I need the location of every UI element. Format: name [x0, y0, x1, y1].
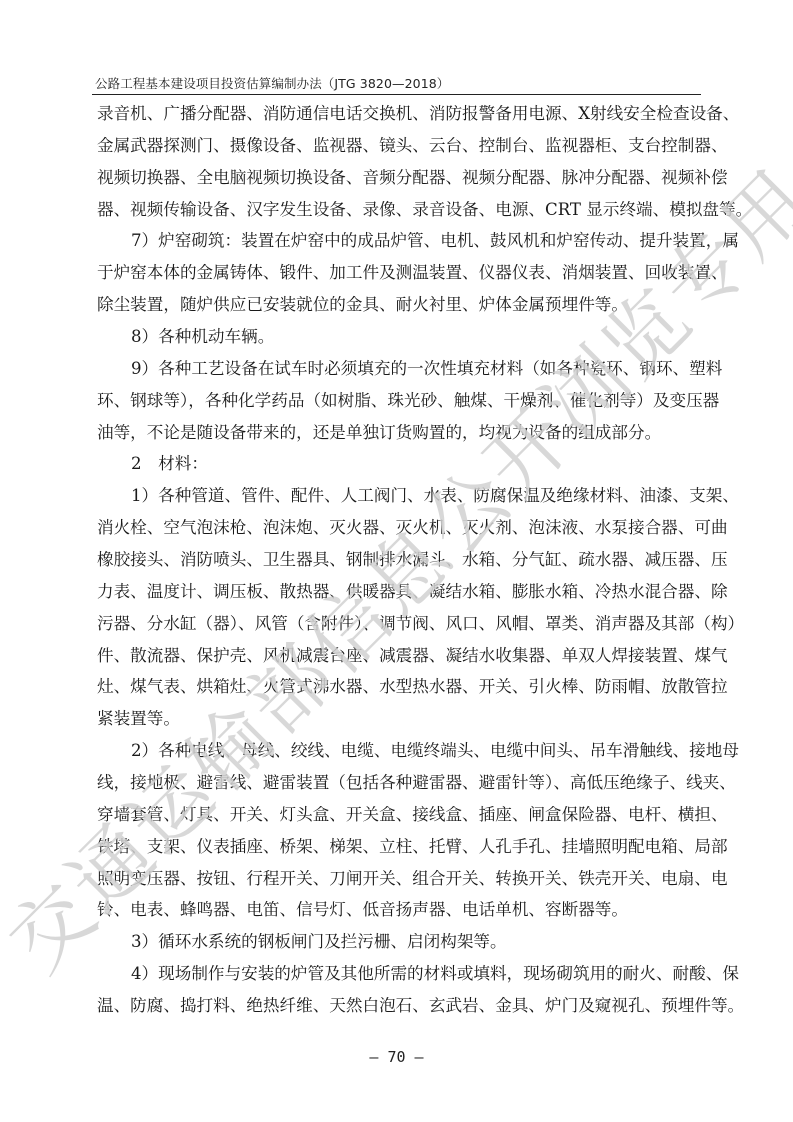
text-line: 铁塔、支架、仪表插座、桥架、梯架、立柱、托臂、人孔手孔、挂墙照明配电箱、局部: [97, 831, 699, 863]
text-line: 于炉窑本体的金属铸体、锻件、加工件及测温装置、仪器仪表、消烟装置、回收装置、: [97, 257, 699, 289]
text-line: 1）各种管道、管件、配件、人工阀门、水表、防腐保温及绝缘材料、油漆、支架、: [97, 480, 699, 512]
text-line: 2）各种电线、母线、绞线、电缆、电缆终端头、电缆中间头、吊车滑触线、接地母: [97, 735, 699, 767]
running-header: 公路工程基本建设项目投资估算编制办法（JTG 3820—2018）: [95, 74, 449, 92]
text-line: 器、视频传输设备、汉字发生设备、录像、录音设备、电源、CRT 显示终端、模拟盘等…: [97, 194, 699, 226]
text-line: 3）循环水系统的钢板闸门及拦污栅、启闭构架等。: [97, 926, 699, 958]
text-line: 9）各种工艺设备在试车时必须填充的一次性填充材料（如各种瓷环、钢环、塑料: [97, 353, 699, 385]
text-line: 力表、温度计、调压板、散热器、供暖器具、凝结水箱、膨胀水箱、冷热水混合器、除: [97, 576, 699, 608]
text-line: 金属武器探测门、摄像设备、监视器、镜头、云台、控制台、监视器柜、支台控制器、: [97, 130, 699, 162]
text-line: 穿墙套管、灯具、开关、灯头盒、开关盒、接线盒、插座、闸盒保险器、电杆、横担、: [97, 799, 699, 831]
text-line: 除尘装置，随炉供应已安装就位的金具、耐火衬里、炉体金属预埋件等。: [97, 289, 699, 321]
text-line: 消火栓、空气泡沫枪、泡沫炮、灭火器、灭火机、灭火剂、泡沫液、水泵接合器、可曲: [97, 512, 699, 544]
text-line: 环、钢球等），各种化学药品（如树脂、珠光砂、触煤、干燥剂、催化剂等）及变压器: [97, 385, 699, 417]
text-line: 温、防腐、捣打料、绝热纤维、天然白泡石、玄武岩、金具、炉门及窥视孔、预埋件等。: [97, 990, 699, 1022]
page-number: – 70 –: [0, 1048, 793, 1066]
text-line: 污器、分水缸（器）、风管（含附件）、调节阀、风口、风帽、罩类、消声器及其部（构）: [97, 608, 699, 640]
text-line: 橡胶接头、消防喷头、卫生器具、钢制排水漏斗、水箱、分气缸、疏水器、减压器、压: [97, 544, 699, 576]
text-line: 件、散流器、保护壳、风机减震台座、减震器、凝结水收集器、单双人焊接装置、煤气: [97, 640, 699, 672]
text-line: 紧装置等。: [97, 703, 699, 735]
text-line: 线，接地极、避雷线、避雷装置（包括各种避雷器、避雷针等）、高低压绝缘子、线夹、: [97, 767, 699, 799]
text-line: 灶、煤气表、烘箱灶、火管式沸水器、水型热水器、开关、引火棒、防雨帽、放散管拉: [97, 671, 699, 703]
body-text: 录音机、广播分配器、消防通信电话交换机、消防报警备用电源、X射线安全检查设备、 …: [97, 98, 699, 1022]
text-line: 视频切换器、全电脑视频切换设备、音频分配器、视频分配器、脉冲分配器、视频补偿: [97, 162, 699, 194]
text-line: 8）各种机动车辆。: [97, 321, 699, 353]
text-line: 铃、电表、蜂鸣器、电笛、信号灯、低音扬声器、电话单机、容断器等。: [97, 894, 699, 926]
text-line: 录音机、广播分配器、消防通信电话交换机、消防报警备用电源、X射线安全检查设备、: [97, 98, 699, 130]
text-line: 油等，不论是随设备带来的，还是单独订货购置的，均视为设备的组成部分。: [97, 417, 699, 449]
text-line: 7）炉窑砌筑：装置在炉窑中的成品炉管、电机、鼓风机和炉窑传动、提升装置，属: [97, 225, 699, 257]
header-divider: [92, 94, 701, 95]
text-line: 4）现场制作与安装的炉管及其他所需的材料或填料，现场砌筑用的耐火、耐酸、保: [97, 958, 699, 990]
text-line: 照明变压器、按钮、行程开关、刀闸开关、组合开关、转换开关、铁壳开关、电扇、电: [97, 863, 699, 895]
section-heading-materials: 2 材料：: [97, 448, 699, 480]
